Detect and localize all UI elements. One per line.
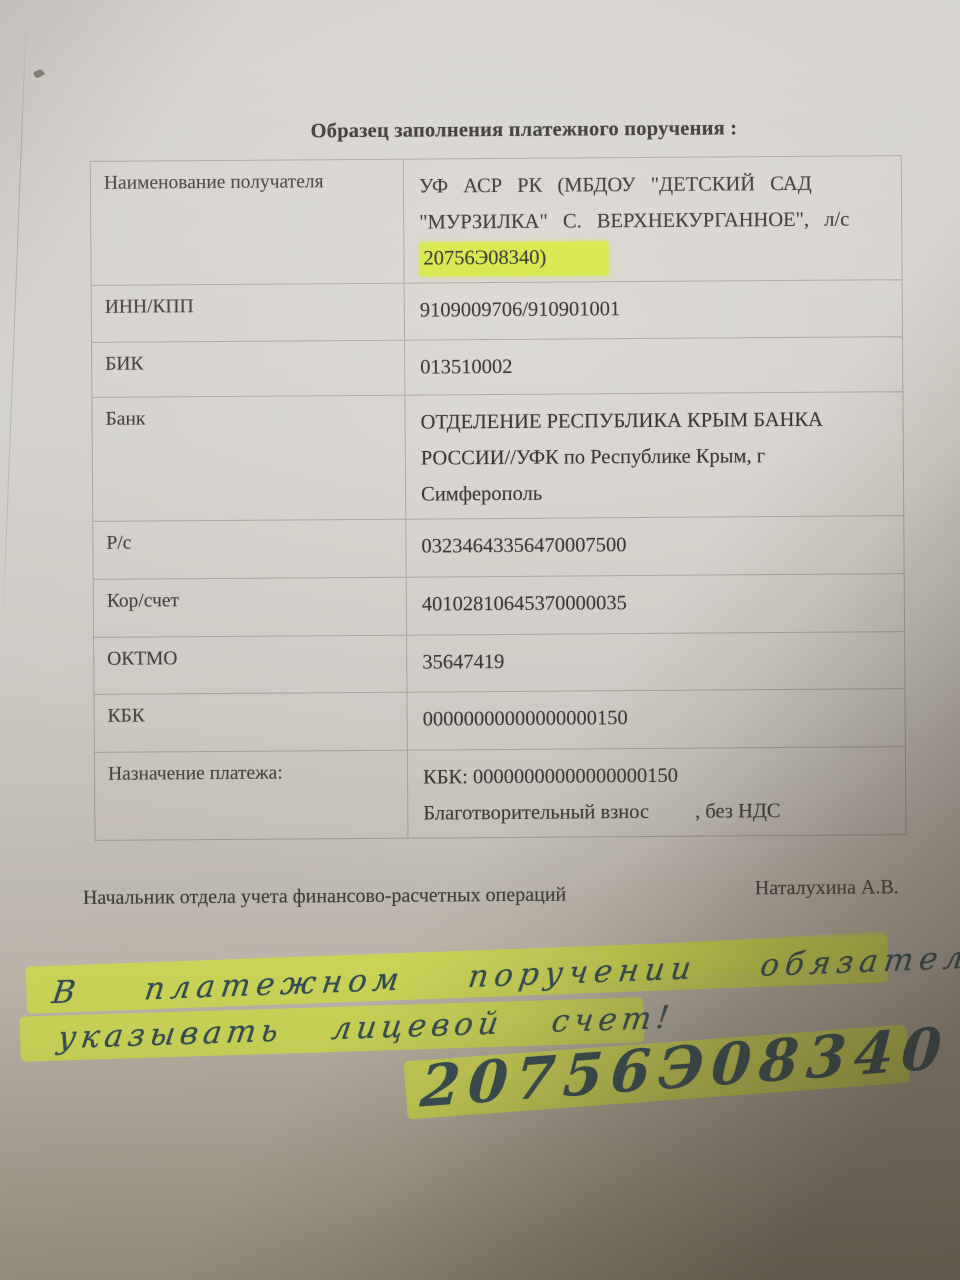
row-value: КБК: 00000000000000000150 Благотворитель… [408,747,906,837]
table-row-settlement-account: Р/с 03234643356470007500 [93,515,903,579]
row-label: Назначение платежа: [95,751,409,840]
row-value: 35647419 [407,632,904,691]
signature-name: Наталухина А.В. [755,876,899,900]
row-label: БИК [92,341,405,397]
row-label: Кор/счет [94,578,407,637]
document-photo: Образец заполнения платежного поручения … [0,0,960,1280]
table-row-inn-kpp: ИНН/КПП 9109009706/910901001 [92,279,902,342]
row-label: Наименование получателя [91,160,405,285]
highlight-mark-account: 20756Э08340) [419,241,608,276]
row-value: 013510002 [405,337,902,394]
value-line: РОССИИ//УФК по Республике Крым, г [421,437,895,476]
row-value: ОТДЕЛЕНИЕ РЕСПУБЛИКА КРЫМ БАНКА РОССИИ//… [405,392,903,518]
row-label: Р/с [93,520,406,579]
row-label: Банк [92,396,406,521]
row-value: 03234643356470007500 [406,516,903,576]
row-label: ИНН/КПП [92,284,405,342]
value-line: "МУРЗИЛКА" С. ВЕРХНЕКУРГАННОЕ", л/с [419,201,893,240]
value-line: УФ АСР РК (МБДОУ "ДЕТСКИЙ САД [419,165,893,204]
table-row-bik: БИК 013510002 [92,336,902,397]
signature-role: Начальник отдела учета финансово-расчетн… [83,884,566,910]
table-row-correspondent-account: Кор/счет 40102810645370000035 [94,573,904,637]
table-row-payment-purpose: Назначение платежа: КБК: 000000000000000… [95,746,906,840]
row-label: КБК [94,693,407,752]
value-line: Симферополь [421,473,895,512]
vat-note: , без НДС [695,793,781,830]
table-row-oktmo: ОКТМО 35647419 [94,631,904,694]
value-line: ОТДЕЛЕНИЕ РЕСПУБЛИКА КРЫМ БАНКА [420,401,894,440]
row-value: УФ АСР РК (МБДОУ "ДЕТСКИЙ САД "МУРЗИЛКА"… [404,156,902,282]
row-value: 9109009706/910901001 [405,280,902,339]
value-line: КБК: 00000000000000000150 [423,756,897,795]
table-row-bank: Банк ОТДЕЛЕНИЕ РЕСПУБЛИКА КРЫМ БАНКА РОС… [92,391,903,521]
purpose-text: Благотворительный взнос [423,794,649,832]
row-value: 40102810645370000035 [407,574,904,634]
row-label: ОКТМО [94,636,407,694]
page-title: Образец заполнения платежного поручения … [310,117,737,143]
table-row-kbk: КБК 00000000000000000150 [94,688,904,752]
row-value: 00000000000000000150 [407,689,904,749]
table-row-recipient: Наименование получателя УФ АСР РК (МБДОУ… [91,156,902,285]
payment-details-table: Наименование получателя УФ АСР РК (МБДОУ… [90,155,907,841]
